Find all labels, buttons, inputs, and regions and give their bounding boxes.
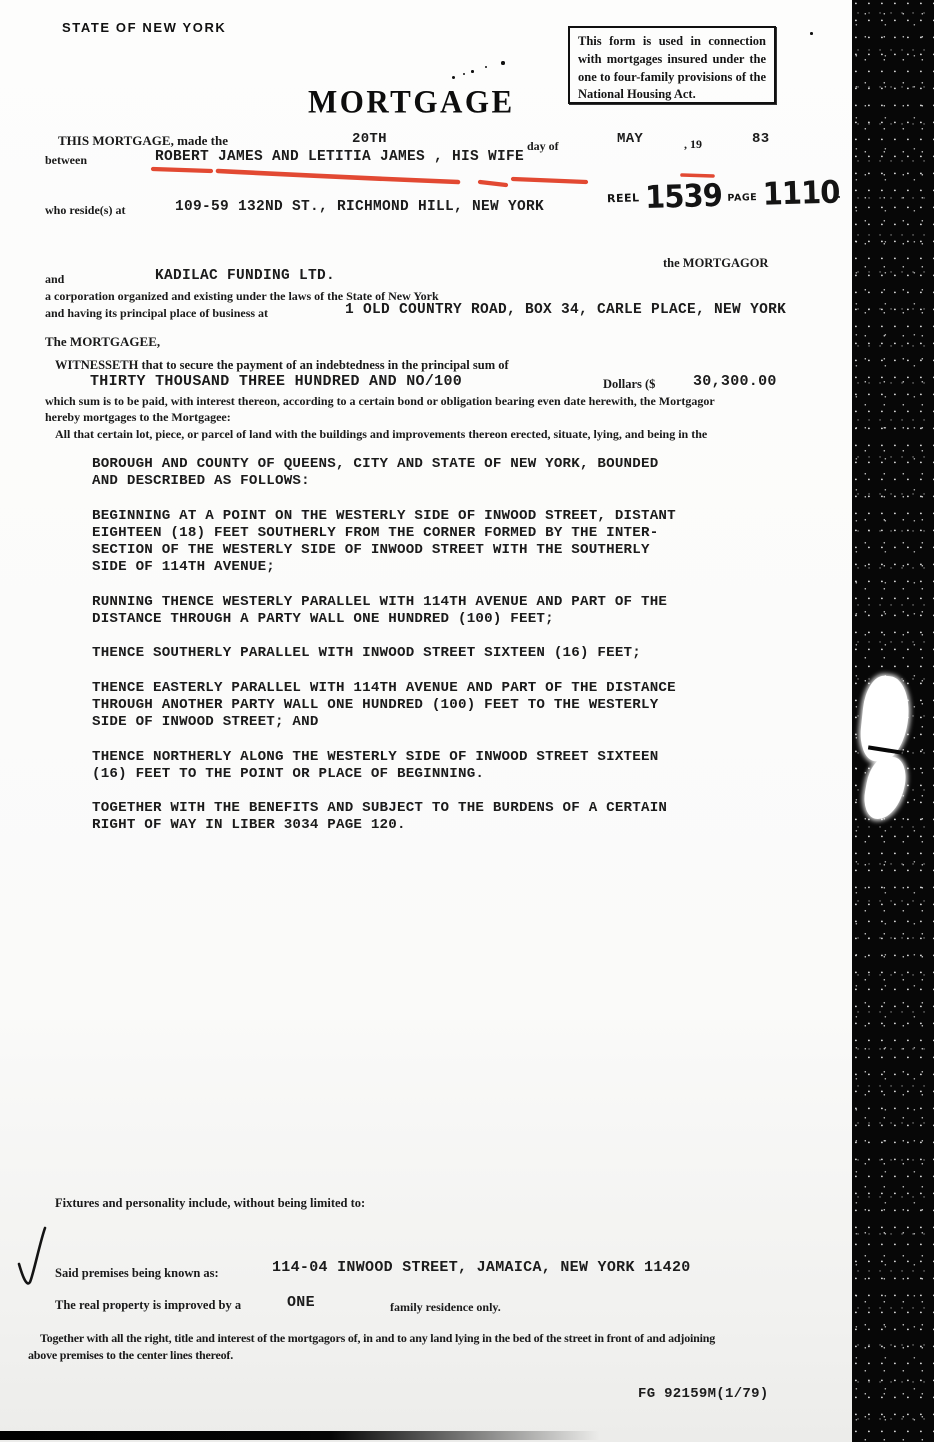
improved-value: ONE	[287, 1294, 315, 1311]
mortgagee-address: 1 OLD COUNTRY ROAD, BOX 34, CARLE PLACE,…	[345, 302, 786, 318]
mortgagee-tag: The MORTGAGEE,	[45, 334, 160, 350]
resides-label: who reside(s) at	[45, 203, 125, 218]
mortgage-document-page: STATE OF NEW YORK This form is used in c…	[0, 0, 934, 1442]
and-label: and	[45, 272, 64, 287]
improved-label: The real property is improved by a	[55, 1298, 241, 1313]
ink-dot	[452, 76, 455, 79]
mortgagee-name: KADILAC FUNDING LTD.	[155, 268, 335, 284]
mortgagor-tag: the MORTGAGOR	[663, 256, 768, 271]
legal-paragraph: THENCE SOUTHERLY PARALLEL WITH INWOOD ST…	[92, 645, 792, 662]
mortgagor-name: ROBERT JAMES AND LETITIA JAMES , HIS WIF…	[155, 149, 524, 165]
month-value: MAY	[617, 131, 643, 147]
ink-dot	[485, 66, 487, 68]
sum-paid-line-2: hereby mortgages to the Mortgagee:	[45, 410, 231, 425]
parcel-line: All that certain lot, piece, or parcel o…	[55, 427, 865, 442]
legal-paragraph: BOROUGH AND COUNTY OF QUEENS, CITY AND S…	[92, 456, 792, 491]
reel-page-stamp: REEL 1539 PAGE 1110	[607, 175, 840, 215]
day-value: 20TH	[352, 131, 387, 147]
reel-label: REEL	[607, 191, 640, 205]
legal-paragraph: RUNNING THENCE WESTERLY PARALLEL WITH 11…	[92, 594, 792, 629]
housing-act-notice-box: This form is used in connection with mor…	[568, 26, 776, 104]
sum-paid-line-1: which sum is to be paid, with interest t…	[45, 394, 855, 409]
legal-paragraph: TOGETHER WITH THE BENEFITS AND SUBJECT T…	[92, 800, 792, 835]
dollars-label: Dollars ($	[603, 377, 655, 392]
together-line-2: above premises to the center lines there…	[28, 1348, 233, 1363]
reel-number: 1539	[645, 177, 723, 216]
state-header: STATE OF NEW YORK	[62, 20, 226, 35]
business-address-label: and having its principal place of busine…	[45, 306, 268, 321]
residence-label: family residence only.	[390, 1300, 501, 1315]
legal-paragraph: THENCE EASTERLY PARALLEL WITH 114TH AVEN…	[92, 680, 792, 732]
form-code: FG 92159M(1/79)	[638, 1386, 769, 1402]
ink-dot	[810, 32, 813, 35]
together-line-1: Together with all the right, title and i…	[40, 1331, 840, 1346]
document-title: MORTGAGE	[308, 83, 515, 121]
amount-figures: 30,300.00	[693, 373, 777, 390]
amount-words: THIRTY THOUSAND THREE HUNDRED AND NO/100	[90, 373, 462, 390]
year-value: 83	[752, 131, 769, 147]
made-the-label: THIS MORTGAGE, made the	[58, 133, 228, 149]
fixtures-label: Fixtures and personality include, withou…	[55, 1196, 365, 1211]
year-prefix-label: , 19	[684, 137, 702, 152]
mortgagor-address: 109-59 132ND ST., RICHMOND HILL, NEW YOR…	[175, 199, 544, 215]
legal-paragraph: BEGINNING AT A POINT ON THE WESTERLY SID…	[92, 508, 792, 577]
legal-paragraph: THENCE NORTHERLY ALONG THE WESTERLY SIDE…	[92, 749, 792, 784]
scan-black-strip-bottom	[0, 1431, 600, 1440]
between-label: between	[45, 153, 87, 168]
ink-dot	[501, 61, 505, 65]
page-number: 1110	[762, 173, 840, 212]
witnesseth-line: WITNESSETH that to secure the payment of…	[55, 358, 509, 373]
ink-dot	[471, 70, 474, 73]
handwritten-checkmark	[12, 1224, 60, 1296]
legal-description: BOROUGH AND COUNTY OF QUEENS, CITY AND S…	[92, 456, 792, 852]
ink-dot	[463, 73, 465, 75]
premises-label: Said premises being known as:	[55, 1266, 219, 1281]
day-of-label: day of	[527, 139, 559, 154]
page-label: PAGE	[727, 192, 757, 204]
premises-value: 114-04 INWOOD STREET, JAMAICA, NEW YORK …	[272, 1259, 691, 1276]
